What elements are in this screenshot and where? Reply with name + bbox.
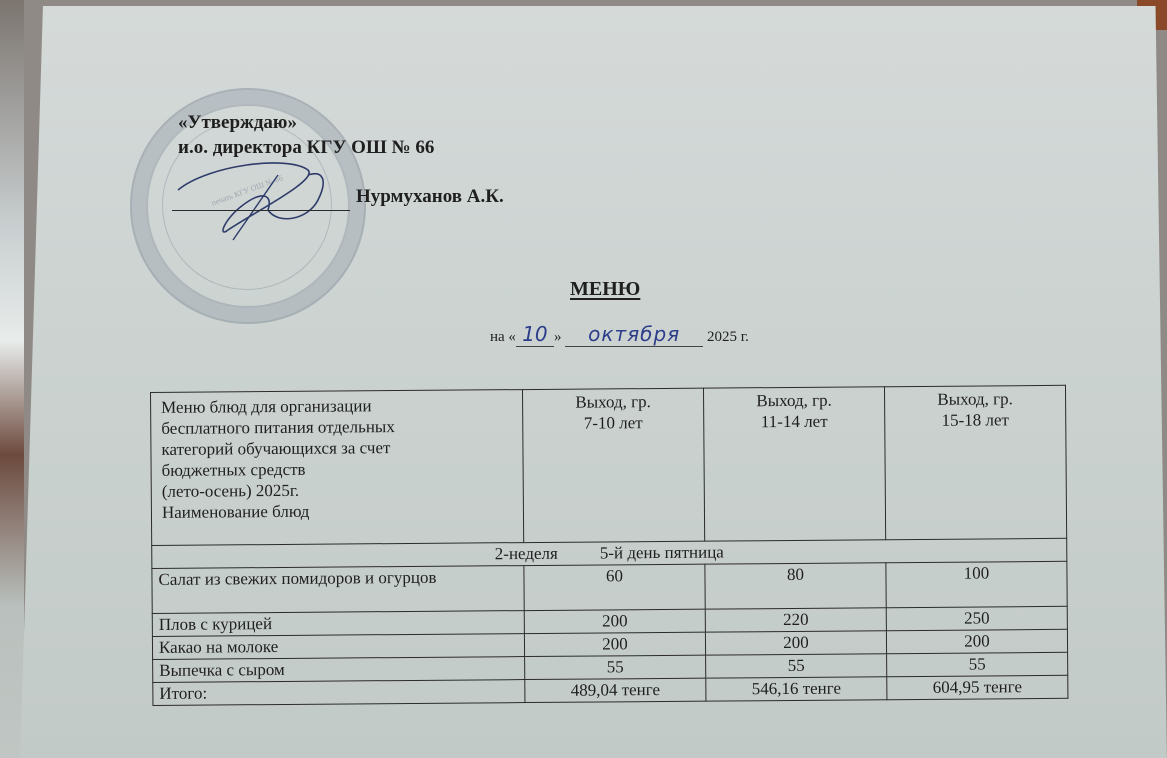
section-week: 2-неделя [495,544,558,563]
dish-name: Плов с курицей [152,611,524,637]
total-value: 546,16 тенге [706,677,887,701]
dish-name: Салат из свежих помидоров и огурцов [152,566,524,614]
signature-line [172,210,350,211]
document-title: МЕНЮ [570,278,640,301]
dish-output: 55 [525,655,706,679]
table-header-row: Меню блюд для организации бесплатного пи… [151,385,1067,545]
dish-output: 200 [524,609,705,633]
dish-output: 100 [886,561,1067,607]
date-month-handwritten: октября [565,322,703,347]
header-name-line: бюджетных средств [162,457,517,481]
dish-output: 220 [705,608,886,632]
dish-output: 200 [705,631,886,655]
dish-output: 200 [524,632,705,656]
dish-name: Какао на молоке [152,634,524,660]
date-prefix: на « [490,329,516,345]
signature-icon [168,150,368,250]
date-mid: » [554,329,562,345]
total-label: Итого: [153,680,525,706]
header-dish-name: Меню блюд для организации бесплатного пи… [151,390,524,546]
header-output-label: Выход, гр. [710,389,878,411]
dish-output: 80 [705,563,886,609]
dish-output: 60 [524,564,705,610]
header-output-age: 7-10 лет [529,412,697,434]
date-day-handwritten: 10 [516,322,554,347]
header-name-line: Меню блюд для организации [161,394,516,418]
menu-table: Меню блюд для организации бесплатного пи… [150,385,1068,706]
signer-name: Нурмуханов А.К. [356,186,504,208]
header-output-7-10: Выход, гр. 7-10 лет [522,388,704,542]
dish-name: Выпечка с сыром [153,657,525,683]
total-value: 489,04 тенге [525,678,706,702]
total-value: 604,95 тенге [887,675,1068,699]
header-name-line: (лето-осень) 2025г. [162,478,517,502]
approval-heading: «Утверждаю» [178,110,434,135]
header-output-11-14: Выход, гр. 11-14 лет [703,387,885,541]
document-date: на «10» октября 2025 г. [490,322,749,347]
dish-output: 55 [887,652,1068,676]
dish-output: 200 [886,629,1067,653]
background-surface [0,0,24,758]
dish-output: 250 [886,606,1067,630]
header-output-15-18: Выход, гр. 15-18 лет [884,385,1066,539]
header-output-label: Выход, гр. [529,391,697,413]
header-output-age: 11-14 лет [710,410,878,432]
header-output-label: Выход, гр. [891,388,1059,410]
table-row: Салат из свежих помидоров и огурцов 60 8… [152,561,1067,613]
header-output-age: 15-18 лет [891,409,1059,431]
header-name-line: Наименование блюд [162,499,517,523]
date-suffix: 2025 г. [707,329,749,345]
dish-output: 55 [706,654,887,678]
section-day: 5-й день пятница [600,542,724,562]
header-name-line: бесплатного питания отдельных [161,415,516,439]
header-name-line: категорий обучающихся за счет [161,436,516,460]
